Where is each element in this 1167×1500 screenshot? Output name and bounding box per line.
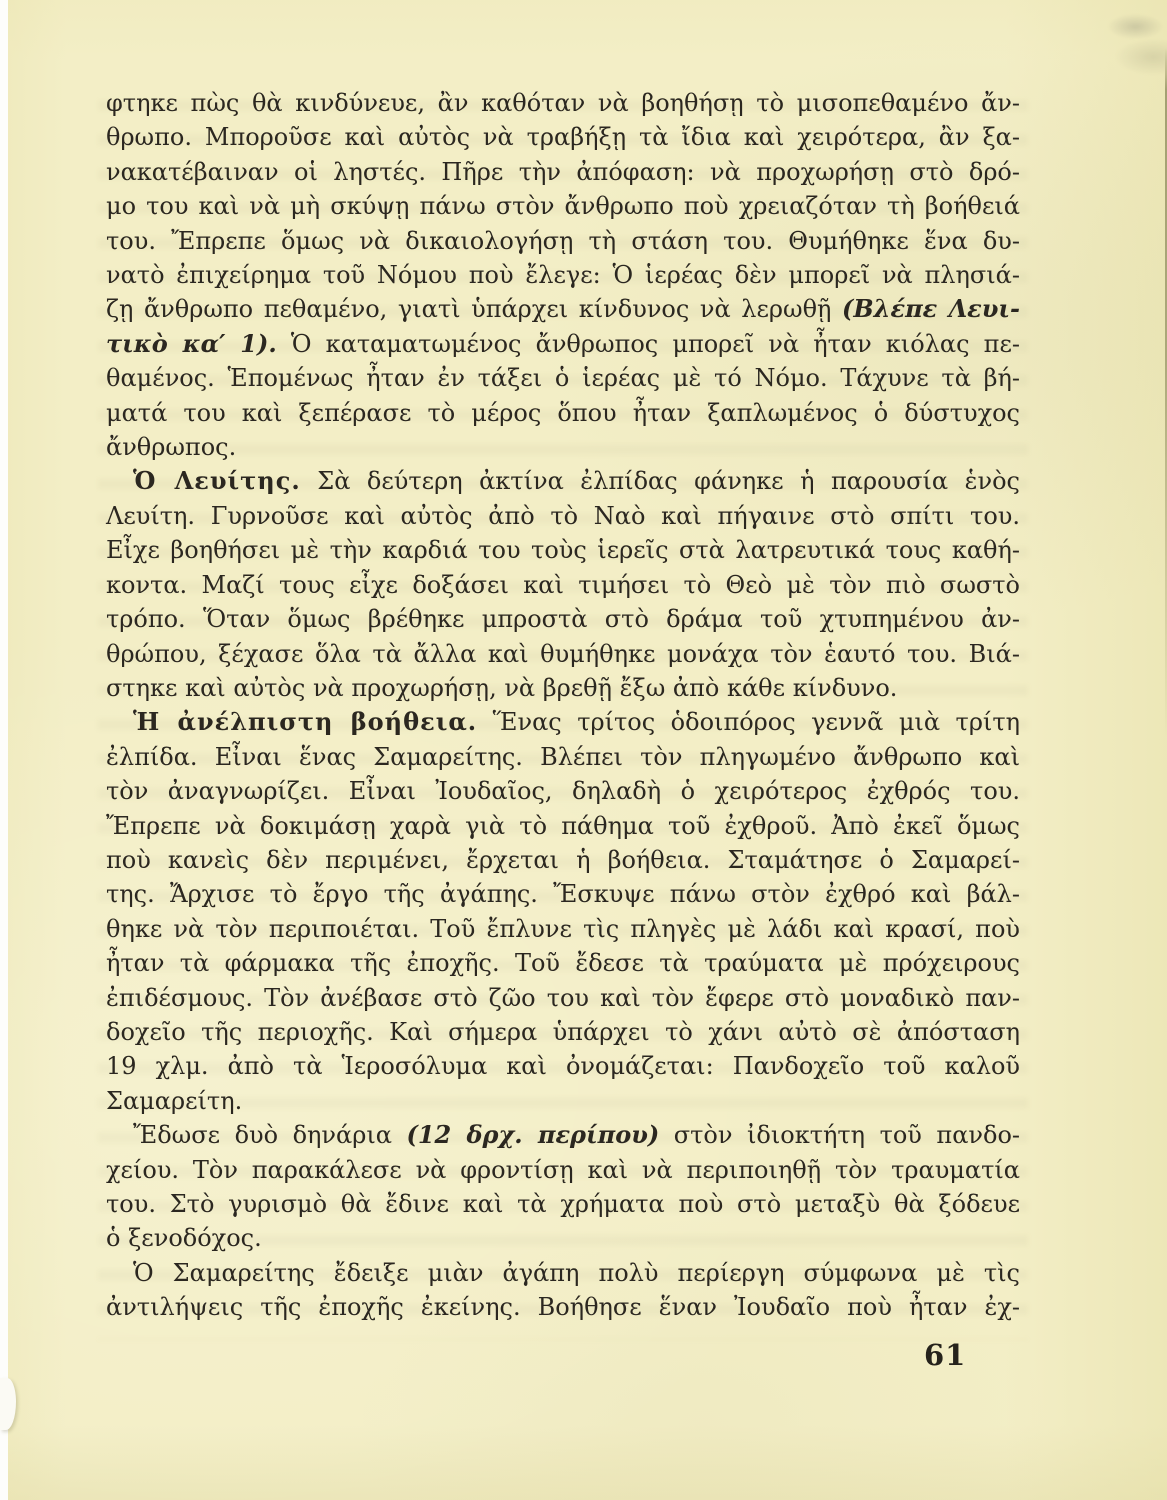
text-segment: ἐπιδέσμους. Τὸν ἀνέβασε στὸ ζῶο του καὶ … [106, 984, 1020, 1012]
text-line: ἦταν τὰ φάρμακα τῆς ἐποχῆς. Τοῦ ἔδεσε τὰ… [106, 946, 1020, 980]
text-line: νακατέβαιναν οἱ ληστές. Πῆρε τὴν ἀπόφαση… [106, 155, 1020, 189]
text-segment: 19 χλμ. ἀπὸ τὰ Ἱεροσόλυμα καὶ ὀνομάζεται… [106, 1052, 1020, 1080]
text-line: δοχεῖο τῆς περιοχῆς. Καὶ σήμερα ὑπάρχει … [106, 1015, 1020, 1049]
text-line: Ἔπρεπε νὰ δοκιμάσῃ χαρὰ γιὰ τὸ πάθημα το… [106, 809, 1020, 843]
text-segment: Σαμαρείτη. [106, 1087, 242, 1115]
text-segment: ἀντιλήψεις τῆς ἐποχῆς ἐκείνης. Βοήθησε ἕ… [106, 1293, 1020, 1321]
text-line: χείου. Τὸν παρακάλεσε νὰ φροντίσῃ καὶ νὰ… [106, 1153, 1020, 1187]
text-segment: του. Ἔπρεπε ὅμως νὰ δικαιολογήσῃ τὴ στάσ… [106, 227, 1020, 255]
text-segment: ποὺ κανεὶς δὲν περιμένει, ἔρχεται ἡ βοήθ… [106, 846, 1020, 874]
text-segment: Σὰ δεύτερη ἀκτίνα ἐλπίδας φάνηκε ἡ παρου… [301, 467, 1020, 495]
text-segment: φτηκε πὼς θὰ κινδύνευε, ἂν καθόταν νὰ βο… [106, 89, 1020, 117]
text-line: ποὺ κανεὶς δὲν περιμένει, ἔρχεται ἡ βοήθ… [106, 843, 1020, 877]
text-line: Ὁ Σαμαρείτης ἔδειξε μιὰν ἀγάπη πολὺ περί… [106, 1256, 1020, 1290]
text-line: ἐλπίδα. Εἶναι ἕνας Σαμαρείτης. Βλέπει τὸ… [106, 740, 1020, 774]
text-line: Εἶχε βοηθήσει μὲ τὴν καρδιά του τοὺς ἱερ… [106, 533, 1020, 567]
text-line: μο του καὶ νὰ μὴ σκύψῃ πάνω στὸν ἄνθρωπο… [106, 189, 1020, 223]
heading-unexpected-help: Ἡ ἀνέλπιστη βοήθεια. [133, 707, 477, 736]
text-segment: της. Ἄρχισε τὸ ἔργο τῆς ἀγάπης. Ἔσκυψε π… [106, 880, 1020, 908]
text-segment: ἐλπίδα. Εἶναι ἕνας Σαμαρείτης. Βλέπει τὸ… [106, 743, 1020, 771]
text-segment: Ὁ Σαμαρείτης ἔδειξε μιὰν ἀγάπη πολὺ περί… [133, 1259, 1020, 1287]
text-segment: Εἶχε βοηθήσει μὲ τὴν καρδιά του τοὺς ἱερ… [106, 536, 1020, 564]
text-segment: θρώπου, ξέχασε ὅλα τὰ ἄλλα καὶ θυμήθηκε … [106, 640, 1020, 668]
text-line: τὸν ἀναγνωρίζει. Εἶναι Ἰουδαῖος, δηλαδὴ … [106, 774, 1020, 808]
text-segment: τρόπο. Ὅταν ὅμως βρέθηκε μπροστὰ στὸ δρά… [106, 605, 1020, 633]
text-segment: μο του καὶ νὰ μὴ σκύψῃ πάνω στὸν ἄνθρωπο… [106, 192, 1020, 220]
text-segment: Λευίτη. Γυρνοῦσε καὶ αὐτὸς ἀπὸ τὸ Ναὸ κα… [106, 502, 1020, 530]
text-line: της. Ἄρχισε τὸ ἔργο τῆς ἀγάπης. Ἔσκυψε π… [106, 877, 1020, 911]
heading-levite: Ὁ Λευίτης. [133, 466, 301, 495]
text-segment: Ἕνας τρίτος ὁδοιπόρος γεννᾶ μιὰ τρίτη [477, 708, 1020, 736]
text-block: φτηκε πὼς θὰ κινδύνευε, ἂν καθόταν νὰ βο… [106, 86, 1020, 1325]
text-line: φτηκε πὼς θὰ κινδύνευε, ἂν καθόταν νὰ βο… [106, 86, 1020, 120]
page-number: 61 [924, 1338, 966, 1372]
text-line: κοντα. Μαζί τους εἶχε δοξάσει καὶ τιμήσε… [106, 568, 1020, 602]
scan-left-edge [0, 0, 8, 1500]
text-line: τικὸ κα′ 1). Ὁ καταματωμένος ἄνθρωπος μπ… [106, 327, 1020, 361]
text-segment: ἄνθρωπος. [106, 433, 236, 461]
text-line: Λευίτη. Γυρνοῦσε καὶ αὐτὸς ἀπὸ τὸ Ναὸ κα… [106, 499, 1020, 533]
text-segment: θηκε νὰ τὸν περιποιέται. Τοῦ ἔπλυνε τὶς … [106, 915, 1020, 943]
text-segment: (Βλέπε Λευι- [842, 294, 1020, 323]
text-line: ζῃ ἄνθρωπο πεθαμένο, γιατὶ ὑπάρχει κίνδυ… [106, 292, 1020, 326]
text-line: ἀντιλήψεις τῆς ἐποχῆς ἐκείνης. Βοήθησε ἕ… [106, 1290, 1020, 1324]
text-segment: θαμένος. Ἑπομένως ἦταν ἐν τάξει ὁ ἱερέας… [106, 364, 1020, 392]
book-page: φτηκε πὼς θὰ κινδύνευε, ἂν καθόταν νὰ βο… [8, 0, 1167, 1500]
text-segment: Ὁ καταματωμένος ἄνθρωπος μπορεῖ νὰ ἦταν … [277, 330, 1020, 358]
text-line: Ἡ ἀνέλπιστη βοήθεια. Ἕνας τρίτος ὁδοιπόρ… [106, 705, 1020, 739]
text-line: του. Ἔπρεπε ὅμως νὰ δικαιολογήσῃ τὴ στάσ… [106, 224, 1020, 258]
text-line: ὁ ξενοδόχος. [106, 1221, 1020, 1255]
text-segment: Ἔπρεπε νὰ δοκιμάσῃ χαρὰ γιὰ τὸ πάθημα το… [106, 812, 1020, 840]
text-line: ἐπιδέσμους. Τὸν ἀνέβασε στὸ ζῶο του καὶ … [106, 981, 1020, 1015]
text-segment: δοχεῖο τῆς περιοχῆς. Καὶ σήμερα ὑπάρχει … [106, 1018, 1020, 1046]
text-segment: ὁ ξενοδόχος. [106, 1224, 262, 1252]
text-line: ἄνθρωπος. [106, 430, 1020, 464]
text-segment: τικὸ κα′ 1). [106, 329, 277, 358]
text-line: θρωπο. Μποροῦσε καὶ αὐτὸς νὰ τραβήξῃ τὰ … [106, 120, 1020, 154]
text-segment: ζῃ ἄνθρωπο πεθαμένο, γιατὶ ὑπάρχει κίνδυ… [106, 295, 842, 323]
text-segment: στὸν ἰδιοκτήτη τοῦ πανδο- [659, 1121, 1020, 1149]
text-line: νατὸ ἐπιχείρημα τοῦ Νόμου ποὺ ἔλεγε: Ὁ ἱ… [106, 258, 1020, 292]
text-line: του. Στὸ γυρισμὸ θὰ ἔδινε καὶ τὰ χρήματα… [106, 1187, 1020, 1221]
text-segment: στηκε καὶ αὐτὸς νὰ προχωρήσῃ, νὰ βρεθῇ ἔ… [106, 674, 897, 702]
text-segment: χείου. Τὸν παρακάλεσε νὰ φροντίσῃ καὶ νὰ… [106, 1156, 1020, 1184]
text-line: Σαμαρείτη. [106, 1084, 1020, 1118]
text-line: τρόπο. Ὅταν ὅμως βρέθηκε μπροστὰ στὸ δρά… [106, 602, 1020, 636]
text-segment: Ἔδωσε δυὸ δηνάρια [133, 1121, 407, 1149]
text-line: στηκε καὶ αὐτὸς νὰ προχωρήσῃ, νὰ βρεθῇ ἔ… [106, 671, 1020, 705]
text-line: θρώπου, ξέχασε ὅλα τὰ ἄλλα καὶ θυμήθηκε … [106, 637, 1020, 671]
text-segment: του. Στὸ γυρισμὸ θὰ ἔδινε καὶ τὰ χρήματα… [106, 1190, 1020, 1218]
text-line: Ἔδωσε δυὸ δηνάρια (12 δρχ. περίπου) στὸν… [106, 1118, 1020, 1152]
text-segment: κοντα. Μαζί τους εἶχε δοξάσει καὶ τιμήσε… [106, 571, 1020, 599]
text-segment: ἦταν τὰ φάρμακα τῆς ἐποχῆς. Τοῦ ἔδεσε τὰ… [106, 949, 1020, 977]
text-line: 19 χλμ. ἀπὸ τὰ Ἱεροσόλυμα καὶ ὀνομάζεται… [106, 1049, 1020, 1083]
scan-corner-smudge [1103, 0, 1167, 95]
text-line: θηκε νὰ τὸν περιποιέται. Τοῦ ἔπλυνε τὶς … [106, 912, 1020, 946]
text-segment: νατὸ ἐπιχείρημα τοῦ Νόμου ποὺ ἔλεγε: Ὁ ἱ… [106, 261, 1020, 289]
text-segment: τὸν ἀναγνωρίζει. Εἶναι Ἰουδαῖος, δηλαδὴ … [106, 777, 1020, 805]
text-line: θαμένος. Ἑπομένως ἦταν ἐν τάξει ὁ ἱερέας… [106, 361, 1020, 395]
text-line: Ὁ Λευίτης. Σὰ δεύτερη ἀκτίνα ἐλπίδας φάν… [106, 464, 1020, 498]
text-segment: νακατέβαιναν οἱ ληστές. Πῆρε τὴν ἀπόφαση… [106, 158, 1020, 186]
text-segment: (12 δρχ. περίπου) [407, 1120, 660, 1149]
text-segment: ματά του καὶ ξεπέρασε τὸ μέρος ὅπου ἦταν… [106, 399, 1020, 427]
text-line: ματά του καὶ ξεπέρασε τὸ μέρος ὅπου ἦταν… [106, 396, 1020, 430]
text-segment: θρωπο. Μποροῦσε καὶ αὐτὸς νὰ τραβήξῃ τὰ … [106, 123, 1020, 151]
